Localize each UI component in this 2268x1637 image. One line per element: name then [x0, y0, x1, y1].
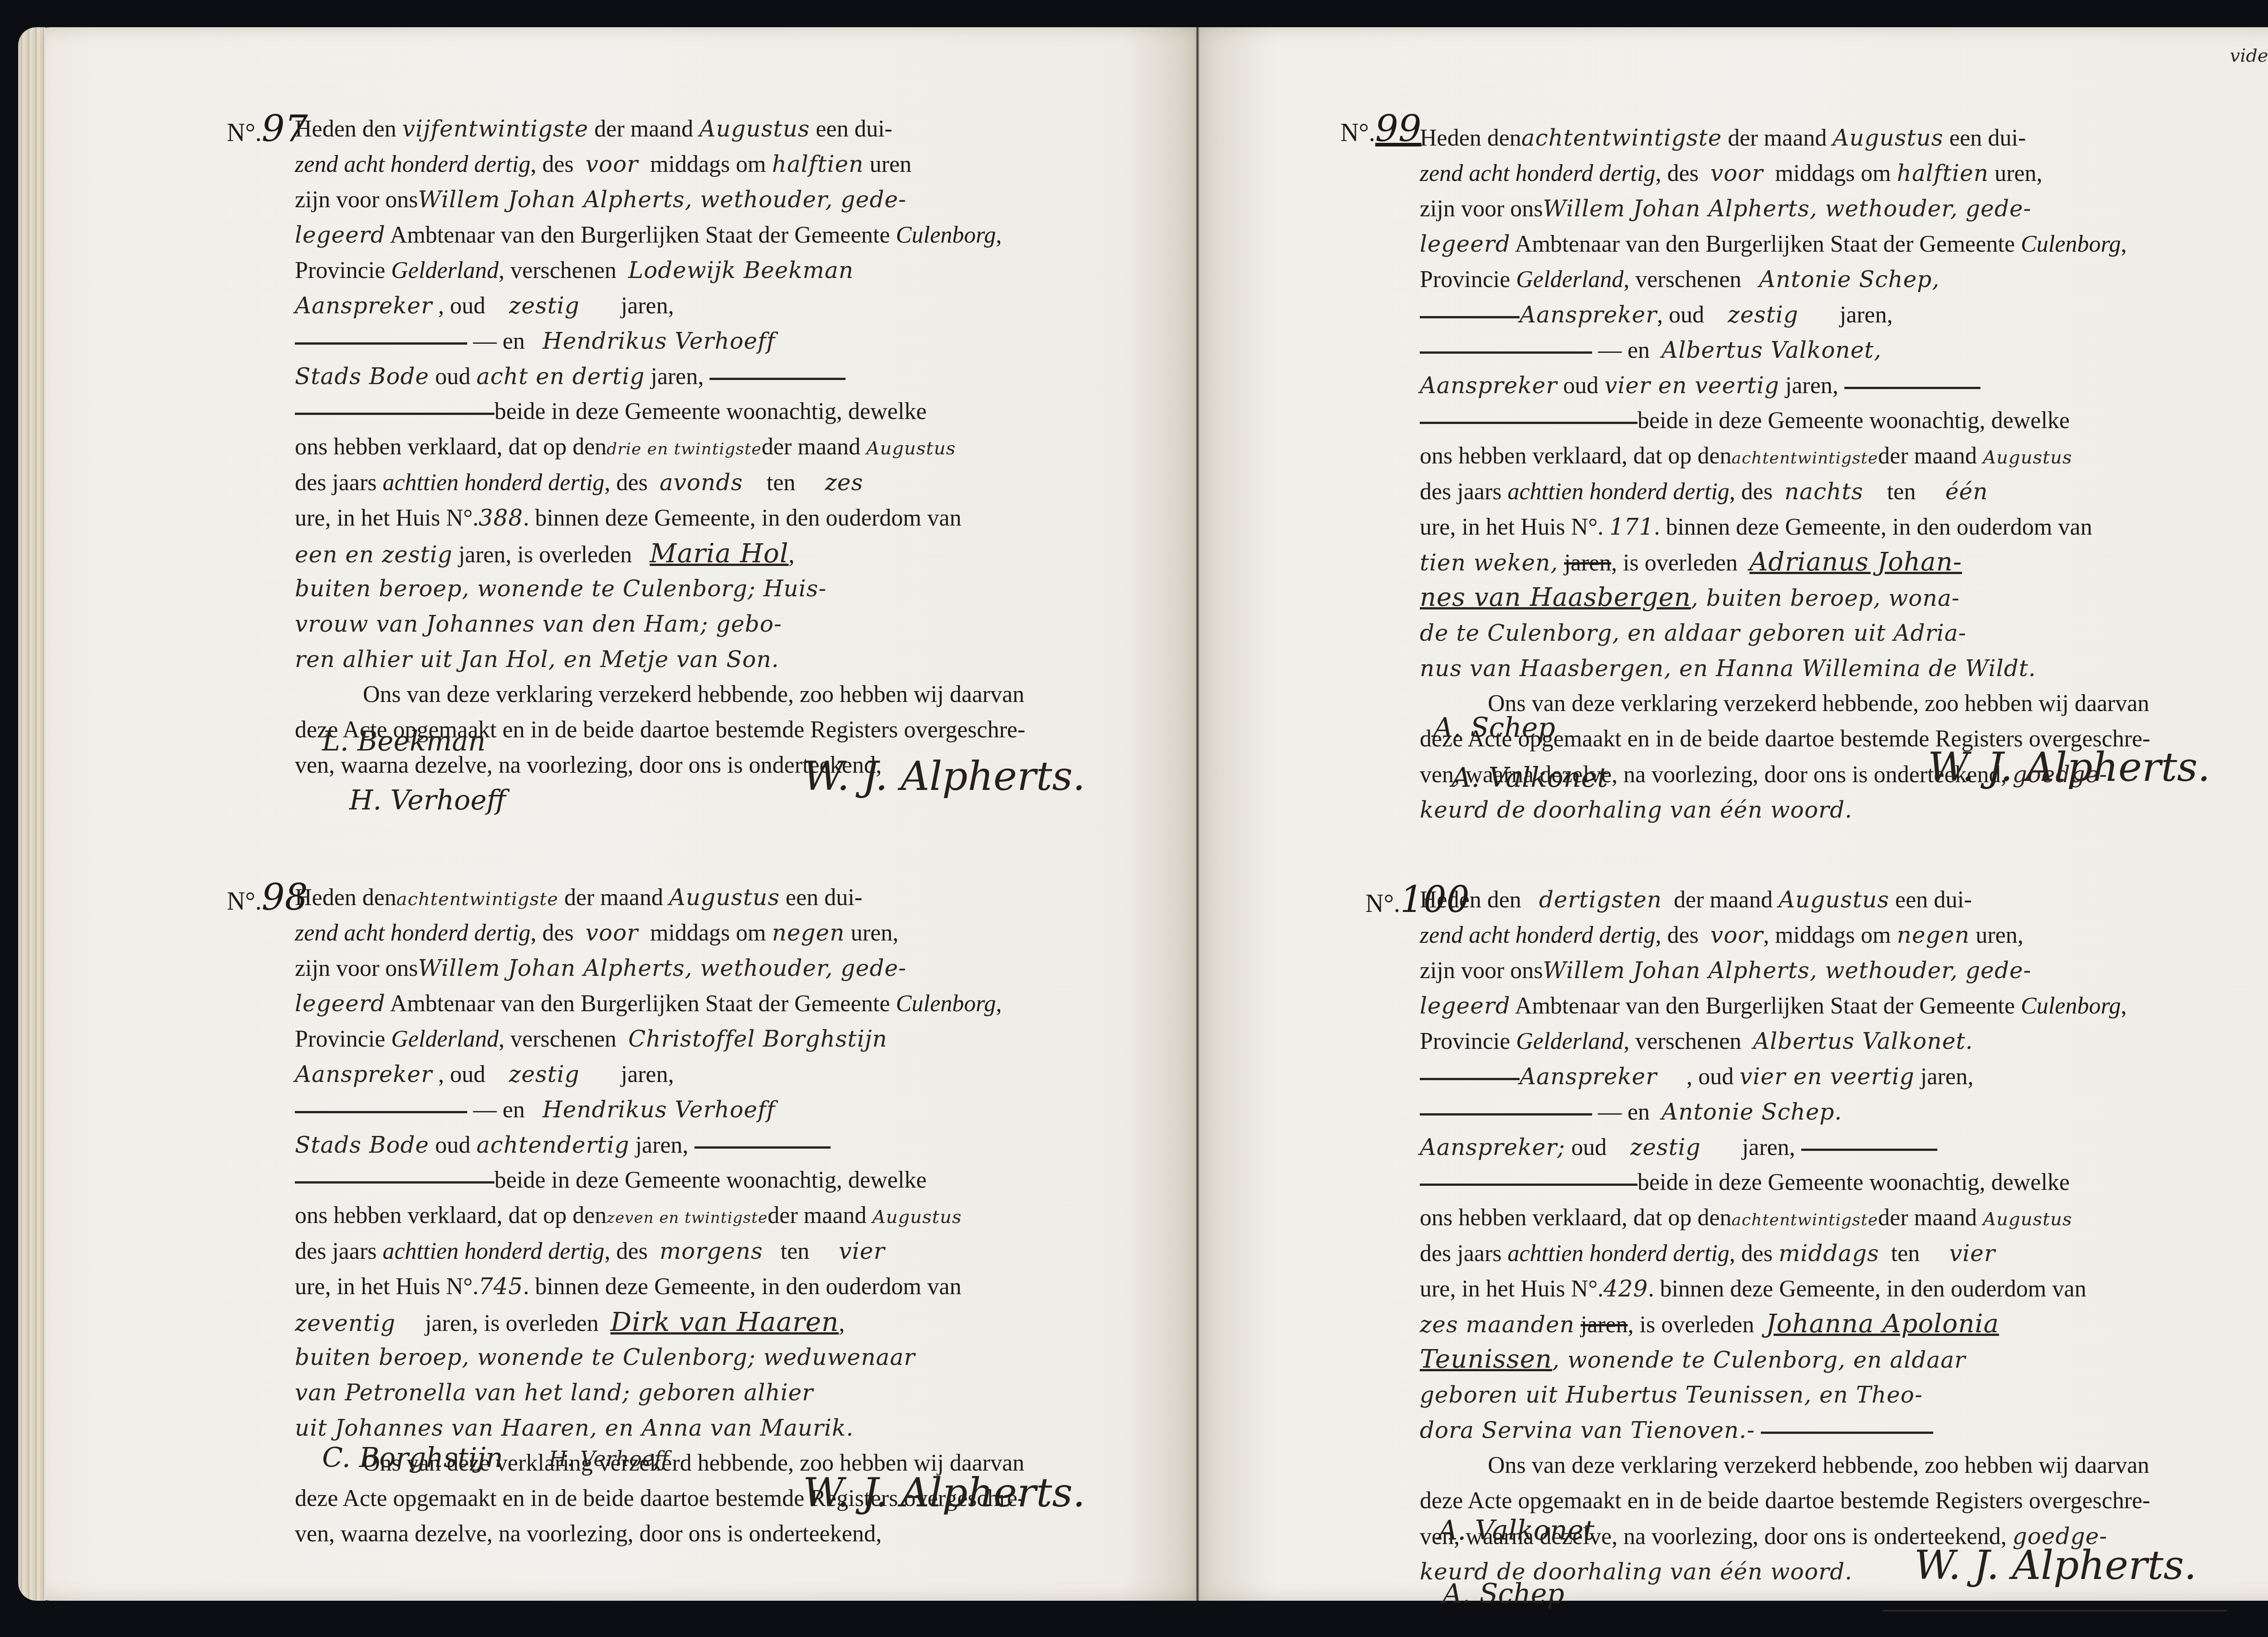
printed-text: des jaars: [1420, 1241, 1501, 1267]
handwritten-death-hour: vier: [839, 1238, 885, 1264]
signature-declarant: A. Schep: [1442, 1578, 1564, 1610]
printed-text: ure, in het Huis N°.: [295, 505, 479, 531]
printed-text: der maand: [594, 116, 693, 142]
printed-closing: Ons van deze verklaring verzekerd hebben…: [363, 682, 1024, 707]
vide-annotation: vide: [2230, 45, 2268, 66]
printed-closing: ven, waarna dezelve, na voorlezing, door…: [295, 1521, 882, 1547]
filler-dash: [694, 1146, 831, 1149]
printed-text: Ambtenaar van den Burgerlijken Staat der…: [390, 222, 890, 248]
printed-text: — en: [1598, 1099, 1650, 1125]
filler-dash: [1420, 1113, 1592, 1116]
printed-text: Heden den: [295, 116, 396, 142]
handwritten-occupation: Aanspreker: [1420, 372, 1557, 399]
death-record-act: N°.100 Heden den dertigsten der maand Au…: [1420, 882, 2250, 1589]
printed-text: Provincie: [1420, 267, 1510, 292]
printed-text: zend acht honderd dertig: [295, 151, 530, 177]
handwritten-death-day: zeven en twintigste: [606, 1209, 767, 1227]
open-register-book: vide 26 N°.97 Heden den vijfentwintigste…: [32, 18, 2268, 1623]
printed-text: Heden den: [295, 885, 396, 911]
handwritten-details: uit Johannes van Haaren, en Anna van Mau…: [295, 1415, 854, 1441]
printed-text: binnen deze Gemeente, in den ouderdom va…: [535, 505, 961, 531]
printed-province: Gelderland: [1516, 267, 1623, 292]
handwritten-details: , buiten beroep, wona-: [1691, 585, 1960, 611]
printed-text: jaren,: [1742, 1135, 1795, 1160]
printed-text: des jaars: [1420, 479, 1501, 505]
printed-text: uren: [870, 151, 911, 177]
printed-text: een dui-: [1949, 125, 2026, 151]
handwritten-deceased-name: Adrianus Johan-: [1750, 547, 1962, 577]
printed-text: zijn voor ons: [295, 187, 418, 213]
printed-closing: Ons van deze verklaring verzekerd hebben…: [1488, 1452, 2149, 1478]
printed-text: achttien honderd dertig: [1507, 1241, 1729, 1267]
handwritten-death-part-of-day: middags: [1779, 1240, 1879, 1267]
printed-province: Gelderland: [391, 258, 499, 283]
handwritten-month: Augustus: [1779, 887, 1889, 913]
printed-text: des jaars: [295, 470, 376, 496]
handwritten-death-part-of-day: avonds: [660, 469, 743, 496]
handwritten-addendum: keurd de doorhaling van één woord.: [1420, 797, 1853, 823]
printed-closing: deze Acte opgemaakt en in de beide daart…: [1420, 1488, 2150, 1514]
printed-text: middags om: [650, 920, 766, 946]
printed-text: , is overleden: [1628, 1312, 1754, 1338]
signature-declarant: H. Verhoeff: [549, 1447, 669, 1471]
printed-text: ons hebben verklaard, dat op den: [1420, 1205, 1731, 1231]
printed-municipality: Culenborg: [2021, 993, 2121, 1019]
handwritten-part-of-day: voor: [586, 920, 638, 946]
handwritten-deceased-age: een en zestig: [295, 541, 453, 568]
gutter-shadow-right: [1199, 27, 1276, 1601]
handwritten-part-of-day: voor: [586, 151, 638, 177]
printed-text: ten: [781, 1238, 810, 1264]
filler-dash: [709, 378, 846, 380]
handwritten-details: vrouw van Johannes van den Ham; gebo-: [295, 611, 782, 637]
handwritten-hour: halftien: [772, 151, 864, 177]
act-number: N°.100: [1365, 882, 1470, 921]
handwritten-age: acht en dertig: [476, 363, 645, 390]
handwritten-official: legeerd: [1420, 231, 1510, 257]
handwritten-month: Augustus: [669, 884, 780, 911]
signature-declarant: C. Borghstijn: [322, 1442, 503, 1474]
printed-province: Gelderland: [391, 1026, 499, 1052]
printed-text: beide in deze Gemeente woonachtig, dewel…: [1637, 1169, 2070, 1195]
handwritten-death-month: Augustus: [1983, 447, 2072, 468]
handwritten-death-day: achtentwintigste: [1731, 1211, 1878, 1229]
handwritten-occupation: Stads Bode: [295, 1132, 429, 1158]
handwritten-death-hour: zes: [825, 469, 863, 496]
printed-text: oud: [1571, 1135, 1607, 1160]
handwritten-part-of-day: voor: [1711, 160, 1763, 186]
handwritten-declarant-name: Lodewijk Beekman: [628, 257, 854, 283]
printed-text: , des: [530, 151, 573, 177]
handwritten-deceased-age: tien weken,: [1420, 550, 1558, 576]
printed-text: jaren,: [650, 364, 704, 390]
filler-dash: [295, 342, 467, 345]
printed-text: der maand: [1674, 887, 1773, 913]
printed-text: oud: [435, 364, 470, 390]
handwritten-declarant-name: Antonie Schep.: [1662, 1099, 1842, 1125]
filler-dash: [1420, 1184, 1637, 1186]
gutter-shadow-left: [1120, 27, 1198, 1601]
printed-text: — en: [473, 1097, 525, 1123]
printed-municipality: Culenborg: [896, 222, 996, 248]
printed-text: der maand: [762, 434, 860, 460]
printed-text: zijn voor ons: [1420, 196, 1543, 222]
printed-text: jaren,: [621, 293, 674, 319]
printed-text: achttien honderd dertig: [382, 470, 604, 496]
handwritten-declarant-name: Hendrikus Verhoeff: [543, 1096, 775, 1123]
handwritten-part-of-day: voor: [1711, 922, 1763, 948]
handwritten-age: achtendertig: [476, 1132, 630, 1158]
printed-text: , des: [1730, 1241, 1773, 1267]
handwritten-death-month: Augustus: [1983, 1209, 2072, 1230]
handwritten-age: vier en veertig: [1740, 1063, 1915, 1090]
filler-dash: [1761, 1432, 1933, 1434]
handwritten-details: van Petronella van het land; geboren alh…: [295, 1379, 813, 1406]
signature-official: W. J. Alpherts.: [1914, 1542, 2197, 1588]
handwritten-details: de te Culenborg, en aldaar geboren uit A…: [1420, 620, 1966, 646]
signature-underline: [1882, 1610, 2227, 1612]
printed-text: Ambtenaar van den Burgerlijken Staat der…: [1515, 231, 2015, 257]
printed-text: binnen deze Gemeente, in den ouderdom va…: [1660, 1276, 2086, 1302]
printed-text: , des: [605, 1238, 648, 1264]
handwritten-deceased-name: Teunissen: [1420, 1345, 1552, 1374]
printed-text: een dui-: [816, 116, 893, 142]
printed-text: beide in deze Gemeente woonachtig, dewel…: [494, 1167, 927, 1193]
handwritten-house-number: 171: [1609, 514, 1654, 540]
handwritten-occupation: Aanspreker: [1520, 1063, 1657, 1090]
printed-text: zend acht honderd dertig: [1420, 922, 1655, 948]
handwritten-occupation: Aanspreker;: [1420, 1134, 1565, 1160]
printed-text: Ambtenaar van den Burgerlijken Staat der…: [1515, 993, 2015, 1019]
handwritten-day: achtentwintigste: [396, 889, 558, 910]
printed-text: oud: [435, 1132, 470, 1158]
printed-text: der maand: [1728, 125, 1827, 151]
handwritten-day: achtentwintigste: [1521, 125, 1722, 151]
death-record-act: N°.97 Heden den vijfentwintigste der maa…: [295, 111, 1125, 783]
printed-municipality: Culenborg: [2021, 231, 2121, 257]
printed-text: middags om: [650, 151, 766, 177]
filler-dash: [1420, 422, 1637, 424]
printed-text: der maand: [767, 1203, 866, 1228]
printed-province: Gelderland: [1516, 1028, 1623, 1054]
filler-dash: [1420, 316, 1520, 318]
handwritten-details: buiten beroep, wonende te Culenborg; Hui…: [295, 575, 826, 602]
handwritten-deceased-age: zes maanden: [1420, 1311, 1575, 1338]
handwritten-death-month: Augustus: [866, 438, 956, 459]
handwritten-details: dora Servina van Tienoven.-: [1420, 1417, 1755, 1443]
printed-municipality: Culenborg: [896, 991, 996, 1017]
printed-text: jaren,: [635, 1132, 689, 1158]
printed-text: ten: [767, 470, 796, 496]
signature-official: W. J. Alpherts.: [803, 1469, 1085, 1516]
printed-text: jaren, is overleden: [425, 1311, 599, 1336]
handwritten-occupation: Aanspreker: [295, 292, 432, 319]
signature-official: W. J. Alpherts.: [803, 753, 1085, 799]
printed-text: beide in deze Gemeente woonachtig, dewel…: [1637, 408, 2070, 434]
handwritten-details: geboren uit Hubertus Teunissen, en Theo-: [1420, 1382, 1923, 1408]
filler-dash: [1420, 1078, 1520, 1080]
printed-text: der maand: [1878, 1205, 1977, 1231]
signature-declarant: A. Valkonet: [1438, 1515, 1594, 1546]
filler-dash: [1420, 351, 1592, 354]
printed-text: ten: [1891, 1241, 1920, 1267]
printed-text: een dui-: [786, 885, 862, 911]
handwritten-deceased-name: Dirk van Haaren: [611, 1306, 839, 1337]
handwritten-death-month: Augustus: [872, 1207, 962, 1228]
printed-text: jaren, is overleden: [459, 542, 632, 568]
handwritten-age: zestig: [1630, 1134, 1701, 1160]
handwritten-declarant-name: Antonie Schep,: [1759, 266, 1940, 292]
printed-text: , verschenen: [1623, 1028, 1741, 1054]
handwritten-age: zestig: [509, 292, 580, 319]
filler-dash: [1801, 1149, 1937, 1151]
printed-text: , des: [1730, 479, 1773, 505]
act-number: N°.98: [227, 880, 308, 919]
signature-declarant: A. Valkonet: [1452, 762, 1608, 794]
handwritten-details: ren alhier uit Jan Hol, en Metje van Son…: [295, 646, 779, 672]
handwritten-occupation: Stads Bode: [295, 363, 429, 390]
handwritten-hour: negen: [772, 920, 845, 946]
printed-text: binnen deze Gemeente, in den ouderdom va…: [1666, 514, 2092, 540]
printed-text: ure, in het Huis N°.: [295, 1274, 479, 1300]
signature-declarant: H. Verhoeff: [349, 784, 506, 816]
handwritten-hour: negen: [1897, 922, 1970, 948]
printed-text: der maand: [1878, 443, 1977, 469]
filler-dash: [295, 413, 494, 415]
printed-text: ons hebben verklaard, dat op den: [295, 1203, 606, 1228]
printed-text: , oud: [1657, 302, 1704, 328]
printed-text: , des: [530, 920, 573, 946]
handwritten-official: legeerd: [1420, 993, 1510, 1019]
handwritten-death-hour: vier: [1949, 1240, 1995, 1267]
struck-printed-text: jaren: [1564, 550, 1611, 576]
printed-text: , des: [605, 470, 648, 496]
printed-text: , verschenen: [499, 1026, 616, 1052]
printed-text: , oud: [438, 1062, 485, 1087]
printed-text: , verschenen: [499, 258, 616, 283]
handwritten-declarant-name: Christoffel Borghstijn: [628, 1026, 887, 1052]
printed-text: Provincie: [1420, 1028, 1510, 1054]
printed-text: uren: [1975, 922, 2017, 948]
handwritten-day: dertigsten: [1539, 887, 1662, 913]
handwritten-death-day: achtentwintigste: [1731, 449, 1878, 468]
handwritten-death-part-of-day: morgens: [660, 1238, 763, 1264]
printed-text: middags om: [1775, 922, 1891, 948]
handwritten-details: nus van Haasbergen, en Hanna Willemina d…: [1420, 655, 2036, 682]
printed-text: Provincie: [295, 258, 385, 283]
handwritten-age: zestig: [1728, 302, 1799, 328]
printed-text: uren: [850, 920, 892, 946]
printed-text: jaren,: [621, 1062, 674, 1087]
filler-dash: [1844, 387, 1980, 389]
printed-text: ten: [1887, 479, 1916, 505]
handwritten-official: Willem Johan Alpherts, wethouder, gede-: [418, 955, 907, 981]
handwritten-official: Willem Johan Alpherts, wethouder, gede-: [1543, 957, 2032, 984]
handwritten-hour: halftien: [1897, 160, 1989, 186]
printed-text: achttien honderd dertig: [1507, 479, 1729, 505]
handwritten-death-part-of-day: nachts: [1784, 478, 1863, 505]
handwritten-age: zestig: [509, 1061, 580, 1087]
filler-dash: [295, 1111, 467, 1113]
printed-text: , oud: [438, 293, 485, 319]
printed-text: , verschenen: [1623, 267, 1741, 292]
printed-text: zijn voor ons: [1420, 958, 1543, 984]
handwritten-month: Augustus: [1833, 125, 1943, 151]
folio-number: vide 26: [2230, 41, 2268, 67]
handwritten-death-day: drie en twintigste: [606, 440, 762, 458]
printed-text: een dui-: [1895, 887, 1972, 913]
printed-text: — en: [1598, 337, 1650, 363]
handwritten-day: vijfentwintigste: [402, 116, 589, 142]
printed-text: beide in deze Gemeente woonachtig, dewel…: [494, 399, 927, 424]
handwritten-official: legeerd: [295, 222, 386, 248]
printed-text: middags om: [1775, 161, 1891, 186]
printed-text: binnen deze Gemeente, in den ouderdom va…: [535, 1274, 961, 1300]
handwritten-declarant-name: Albertus Valkonet,: [1662, 337, 1882, 363]
handwritten-house-number: 429: [1603, 1276, 1648, 1302]
printed-text: ons hebben verklaard, dat op den: [1420, 443, 1731, 469]
printed-text: ure, in het Huis N°.: [1420, 1276, 1603, 1302]
filler-dash: [295, 1181, 494, 1184]
act-number: N°.99: [1340, 111, 1422, 151]
printed-text: , des: [1655, 161, 1698, 186]
handwritten-deceased-name: Maria Hol: [650, 538, 788, 569]
struck-printed-text: jaren: [1581, 1312, 1628, 1338]
handwritten-house-number: 745: [479, 1273, 523, 1300]
printed-text: ons hebben verklaard, dat op den: [295, 434, 606, 460]
handwritten-house-number: 388: [479, 505, 523, 531]
printed-text: jaren,: [1840, 302, 1893, 328]
handwritten-month: Augustus: [699, 116, 810, 142]
book-spine: [1196, 27, 1199, 1601]
handwritten-declarant-name: Hendrikus Verhoeff: [543, 328, 775, 354]
handwritten-deceased-name: nes van Haasbergen: [1420, 583, 1691, 612]
printed-closing: Ons van deze verklaring verzekerd hebben…: [1488, 691, 2149, 716]
handwritten-deceased-age: zeventig: [295, 1310, 396, 1336]
printed-text: jaren,: [1785, 373, 1838, 399]
printed-text: uren: [1994, 161, 2036, 186]
printed-text: zend acht honderd dertig: [1420, 161, 1655, 186]
handwritten-occupation: Aanspreker: [1520, 302, 1657, 328]
handwritten-details: buiten beroep, wonende te Culenborg; wed…: [295, 1344, 915, 1370]
printed-text: , oud: [1686, 1064, 1734, 1090]
handwritten-official: Willem Johan Alpherts, wethouder, gede-: [418, 186, 907, 213]
printed-text: der maand: [564, 885, 663, 911]
handwritten-occupation: Aanspreker: [295, 1061, 432, 1087]
printed-text: des jaars: [295, 1238, 376, 1264]
signature-declarant: L. Beekman: [322, 726, 486, 757]
printed-text: Ambtenaar van den Burgerlijken Staat der…: [390, 991, 890, 1017]
signature-declarant: A. Schep: [1433, 712, 1555, 744]
printed-text: , is overleden: [1611, 550, 1738, 576]
printed-text: zijn voor ons: [295, 955, 418, 981]
handwritten-official: Willem Johan Alpherts, wethouder, gede-: [1543, 195, 2032, 222]
handwritten-deceased-name: Johanna Apolonia: [1766, 1309, 1999, 1339]
printed-text: Heden den: [1420, 125, 1521, 151]
printed-text: zend acht honderd dertig: [295, 920, 530, 946]
printed-text: ure, in het Huis N°.: [1420, 514, 1603, 540]
printed-text: achttien honderd dertig: [382, 1238, 604, 1264]
handwritten-death-hour: één: [1945, 478, 1988, 505]
printed-text: — en: [473, 328, 525, 354]
printed-text: , des: [1655, 922, 1698, 948]
handwritten-official: legeerd: [295, 990, 386, 1017]
signature-official: W. J. Alpherts.: [1928, 744, 2210, 790]
printed-text: oud: [1563, 373, 1598, 399]
handwritten-declarant-name: Albertus Valkonet.: [1753, 1028, 1973, 1054]
act-number: N°.97: [227, 111, 308, 151]
handwritten-details: , wonende te Culenborg, en aldaar: [1552, 1347, 1966, 1373]
printed-text: Provincie: [295, 1026, 385, 1052]
handwritten-age: vier en veertig: [1604, 372, 1779, 399]
printed-text: jaren,: [1921, 1064, 1974, 1090]
